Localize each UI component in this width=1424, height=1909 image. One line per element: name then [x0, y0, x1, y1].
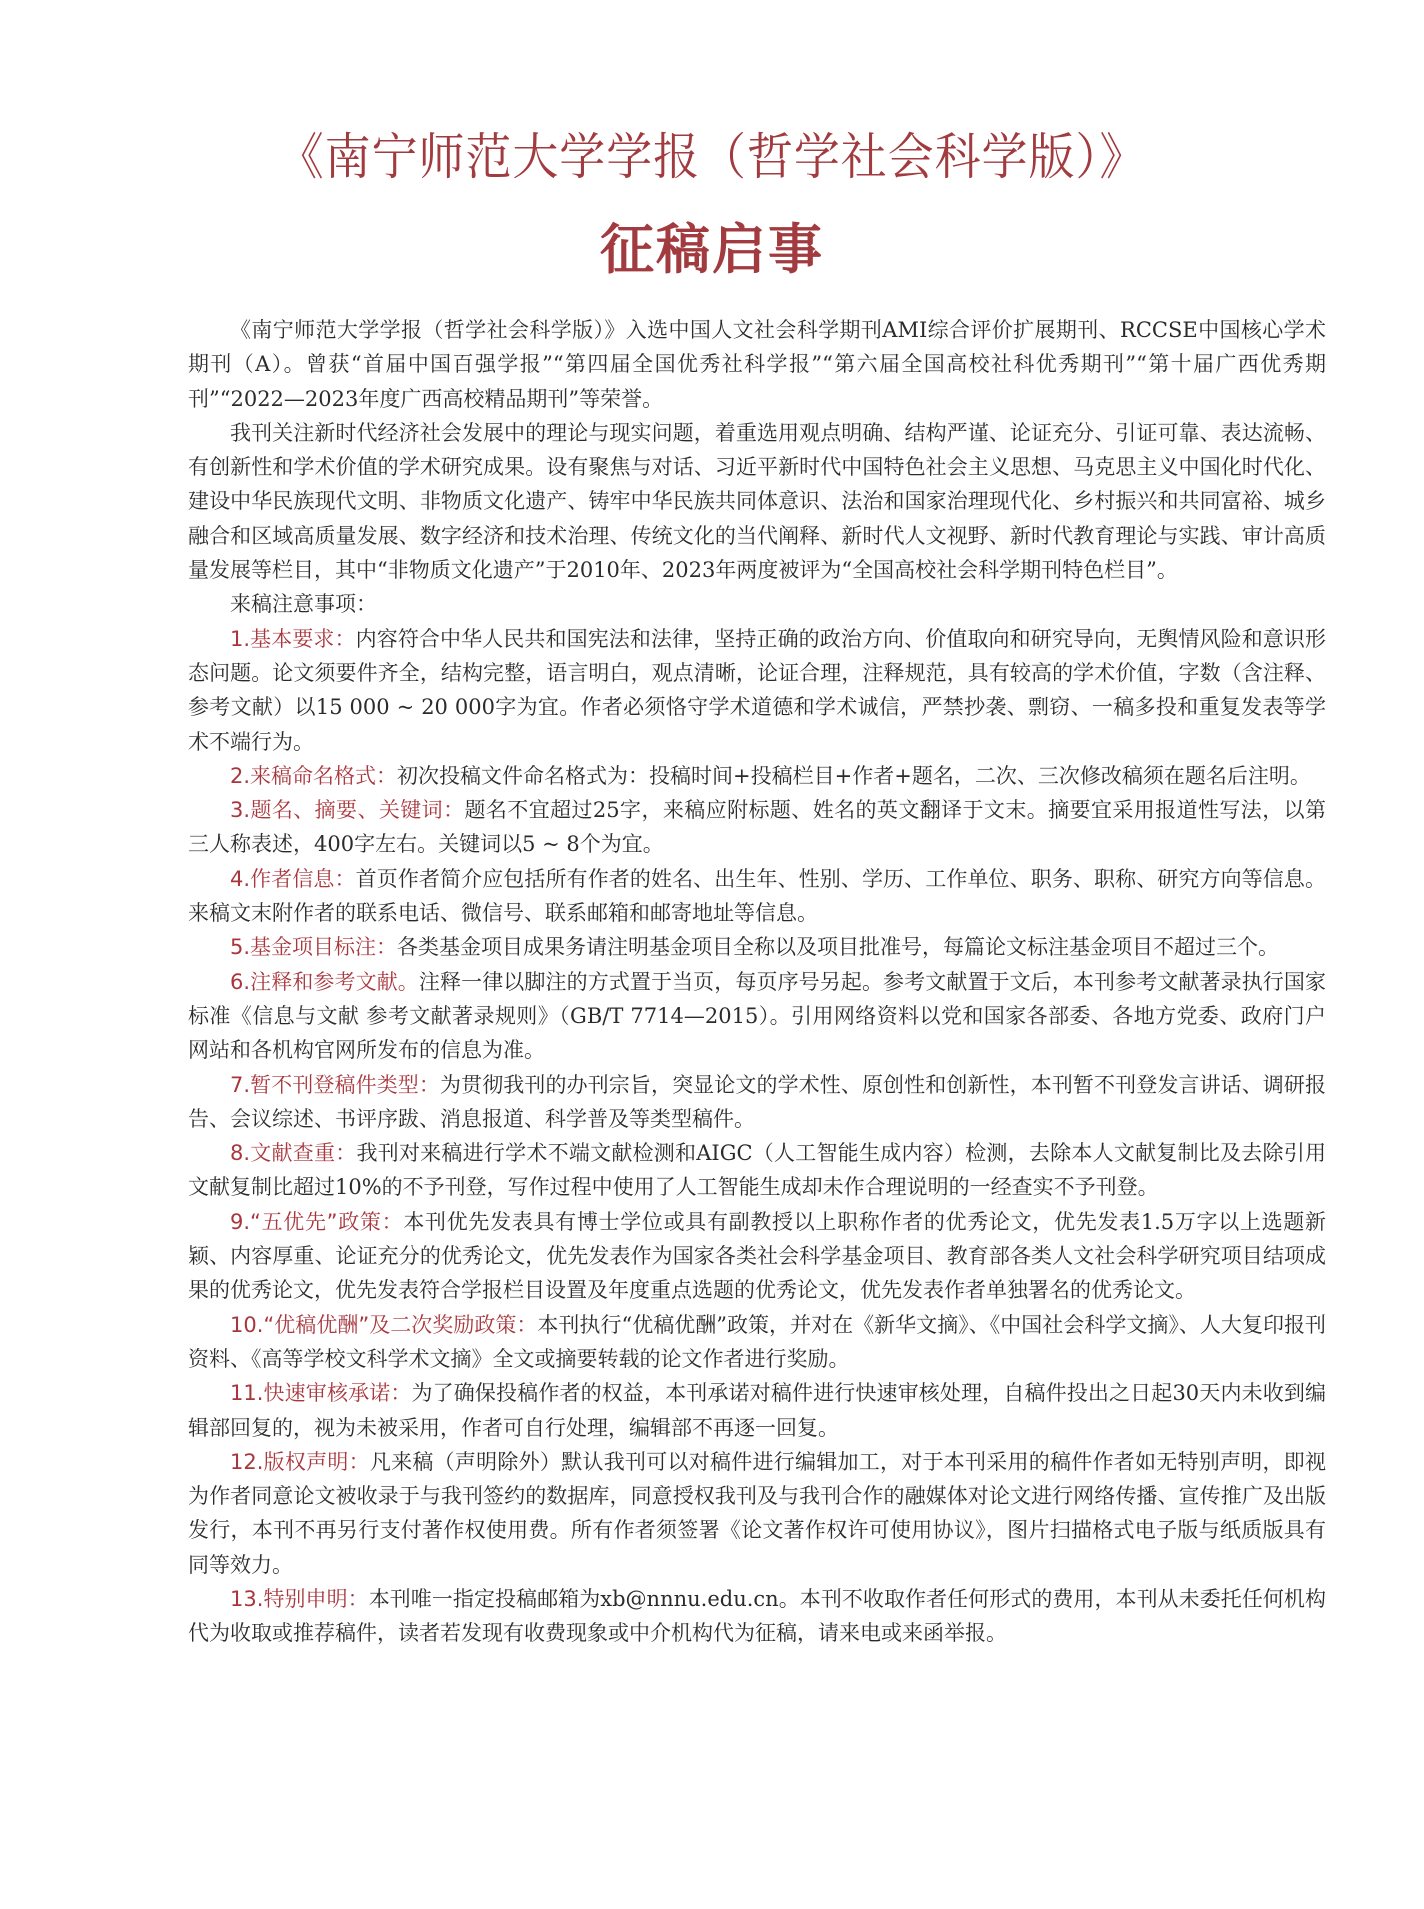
- notice-item-7: 7.暂不刊登稿件类型：为贯彻我刊的办刊宗旨，突显论文的学术性、原创性和创新性，本…: [188, 1068, 1326, 1137]
- item-label: 6.注释和参考文献。: [230, 970, 419, 994]
- item-label: 10.“优稿优酬”及二次奖励政策：: [230, 1313, 537, 1337]
- item-label: 11.快速审核承诺：: [230, 1381, 412, 1405]
- page-subtitle: 征稿启事: [0, 210, 1424, 290]
- notice-body: 《南宁师范大学学报（哲学社会科学版）》入选中国人文社会科学期刊AMI综合评价扩展…: [188, 313, 1326, 1651]
- intro-paragraph-1: 《南宁师范大学学报（哲学社会科学版）》入选中国人文社会科学期刊AMI综合评价扩展…: [188, 313, 1326, 416]
- item-label: 4.作者信息：: [230, 867, 356, 891]
- notes-heading: 来稿注意事项：: [188, 587, 1326, 621]
- notice-item-3: 3.题名、摘要、关键词：题名不宜超过25字，来稿应附标题、姓名的英文翻译于文末。…: [188, 793, 1326, 862]
- item-text: 初次投稿文件命名格式为：投稿时间+投稿栏目+作者+题名，二次、三次修改稿须在题名…: [397, 764, 1311, 788]
- page-title: 《南宁师范大学学报（哲学社会科学版）》: [57, 122, 1367, 192]
- notice-item-9: 9.“五优先”政策：本刊优先发表具有博士学位或具有副教授以上职称作者的优秀论文，…: [188, 1205, 1326, 1308]
- item-label: 9.“五优先”政策：: [230, 1210, 403, 1234]
- item-label: 1.基本要求：: [230, 627, 356, 651]
- item-text: 各类基金项目成果务请注明基金项目全称以及项目批准号，每篇论文标注基金项目不超过三…: [397, 935, 1279, 959]
- intro-paragraph-2: 我刊关注新时代经济社会发展中的理论与现实问题，着重选用观点明确、结构严谨、论证充…: [188, 416, 1326, 587]
- notice-item-13: 13.特别申明：本刊唯一指定投稿邮箱为xb@nnnu.edu.cn。本刊不收取作…: [188, 1582, 1326, 1651]
- item-label: 3.题名、摘要、关键词：: [230, 798, 465, 822]
- notice-page: 《南宁师范大学学报（哲学社会科学版）》 征稿启事 《南宁师范大学学报（哲学社会科…: [0, 0, 1424, 1909]
- item-label: 8.文献查重：: [230, 1141, 356, 1165]
- notice-item-2: 2.来稿命名格式：初次投稿文件命名格式为：投稿时间+投稿栏目+作者+题名，二次、…: [188, 759, 1326, 793]
- item-label: 12.版权声明：: [230, 1450, 370, 1474]
- notice-item-11: 11.快速审核承诺：为了确保投稿作者的权益，本刊承诺对稿件进行快速审核处理，自稿…: [188, 1376, 1326, 1445]
- item-label: 7.暂不刊登稿件类型：: [230, 1073, 440, 1097]
- notice-item-6: 6.注释和参考文献。注释一律以脚注的方式置于当页，每页序号另起。参考文献置于文后…: [188, 965, 1326, 1068]
- notice-item-5: 5.基金项目标注：各类基金项目成果务请注明基金项目全称以及项目批准号，每篇论文标…: [188, 930, 1326, 964]
- notice-item-1: 1.基本要求：内容符合中华人民共和国宪法和法律，坚持正确的政治方向、价值取向和研…: [188, 622, 1326, 759]
- item-text: 内容符合中华人民共和国宪法和法律，坚持正确的政治方向、价值取向和研究导向，无舆情…: [188, 627, 1326, 754]
- notice-item-8: 8.文献查重：我刊对来稿进行学术不端文献检测和AIGC（人工智能生成内容）检测，…: [188, 1136, 1326, 1205]
- notice-item-10: 10.“优稿优酬”及二次奖励政策：本刊执行“优稿优酬”政策，并对在《新华文摘》、…: [188, 1308, 1326, 1377]
- item-text: 我刊对来稿进行学术不端文献检测和AIGC（人工智能生成内容）检测，去除本人文献复…: [188, 1141, 1326, 1199]
- item-label: 5.基金项目标注：: [230, 935, 397, 959]
- notice-item-12: 12.版权声明：凡来稿（声明除外）默认我刊可以对稿件进行编辑加工，对于本刊采用的…: [188, 1445, 1326, 1582]
- item-label: 13.特别申明：: [230, 1587, 369, 1611]
- item-text: 首页作者简介应包括所有作者的姓名、出生年、性别、学历、工作单位、职务、职称、研究…: [188, 867, 1326, 925]
- notice-item-4: 4.作者信息：首页作者简介应包括所有作者的姓名、出生年、性别、学历、工作单位、职…: [188, 862, 1326, 931]
- item-label: 2.来稿命名格式：: [230, 764, 397, 788]
